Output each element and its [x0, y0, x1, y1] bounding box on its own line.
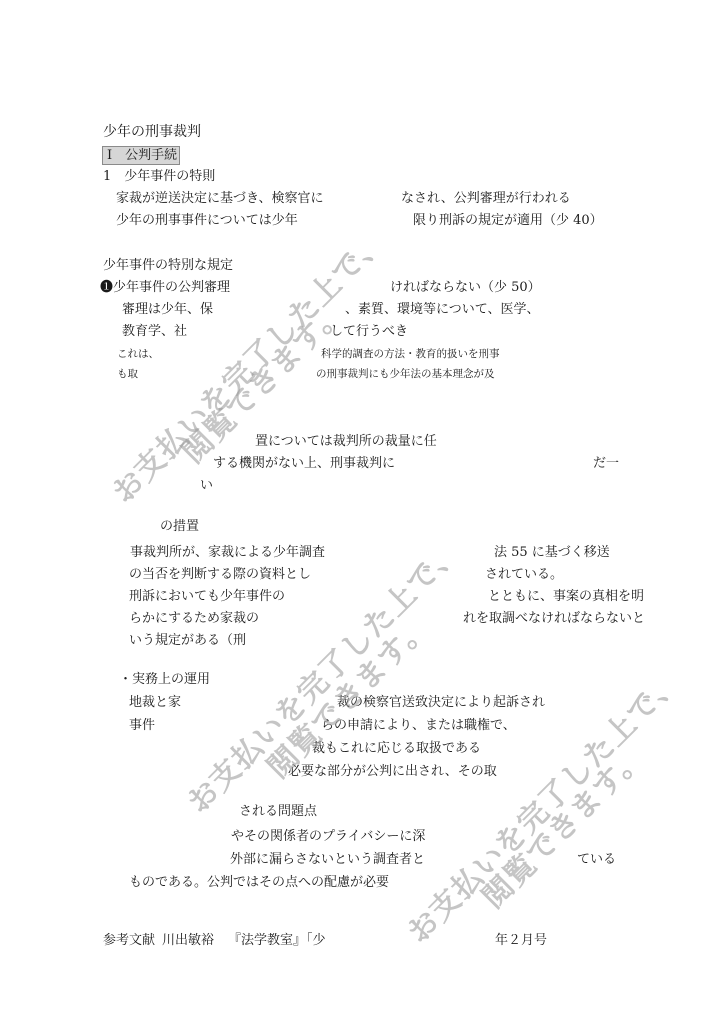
- text-line: ている: [577, 852, 616, 868]
- text-line: されている。: [485, 567, 563, 583]
- text-line: なされ、公判審理が行われる: [401, 191, 571, 207]
- document-title: 少年の刑事裁判: [103, 124, 201, 140]
- text-line: 事件: [129, 718, 155, 734]
- text-line: ければならない（少 50）: [390, 280, 541, 296]
- text-line: 必要な部分が公判に出され、その取: [288, 764, 497, 780]
- text-line: とともに、事案の真相を明: [488, 589, 644, 605]
- reference-issue: 年２月号: [495, 933, 547, 949]
- text-line: 置については裁判所の裁量に任: [255, 434, 437, 450]
- text-line: 、素質、環境等について、医学、: [345, 302, 539, 318]
- text-line: の当否を判断する際の資料とし: [129, 567, 311, 583]
- text-line: だ一: [593, 456, 619, 472]
- text-line: 刑訴においても少年事件の: [129, 589, 285, 605]
- text-line: やその関係者のプライバシーに深: [231, 829, 425, 845]
- text-line: 教育学、社: [122, 324, 187, 340]
- numbered-item: ❶少年事件の公判審理: [100, 280, 230, 296]
- note-line: 科学的調査の方法・教育的扱いを刑事: [321, 346, 500, 362]
- reference-label: 参考文献: [103, 933, 155, 949]
- text-line: 法 55 に基づく移送: [494, 545, 610, 561]
- text-line: 審理は少年、保: [122, 302, 213, 318]
- text-line: らかにするため家裁の: [129, 611, 259, 627]
- text-line: れを取調べなければならないと: [463, 611, 645, 627]
- note-line: も取: [117, 366, 138, 382]
- text-line: 外部に漏らさないという調査者と: [230, 852, 425, 868]
- note-line: の刑事裁判にも少年法の基本理念が及: [316, 366, 495, 382]
- text-line: いう規定がある（刑: [129, 633, 246, 649]
- subheading: の措置: [160, 519, 199, 535]
- text-line: する機関がない上、刑事裁判に: [213, 456, 395, 472]
- reference-journal: 『法学教室』「少: [228, 933, 326, 949]
- text-line: 家裁が逆送決定に基づき、検察官に: [116, 191, 323, 207]
- subheading: 1 少年事件の特則: [103, 169, 215, 185]
- subheading: 少年事件の特別な規定: [103, 258, 233, 274]
- text-line: ものである。公判ではその点への配慮が必要: [129, 875, 389, 891]
- bullet-heading: ・実務上の運用: [119, 672, 210, 688]
- subheading: される問題点: [239, 804, 317, 820]
- text-line: 裁もこれに応じる取扱である: [312, 741, 481, 757]
- text-line: 事裁判所が、家裁による少年調査: [130, 545, 325, 561]
- note-line: これは、: [117, 346, 159, 362]
- text-line: 少年の刑事事件については少年: [116, 213, 298, 229]
- section-heading: Ⅰ 公判手続: [102, 146, 180, 165]
- text-line: 地裁と家: [129, 695, 181, 711]
- text-line: 限り刑訴の規定が適用（少 40）: [413, 213, 603, 229]
- text-line: い: [200, 478, 213, 494]
- reference-author: 川出敏裕: [162, 933, 214, 949]
